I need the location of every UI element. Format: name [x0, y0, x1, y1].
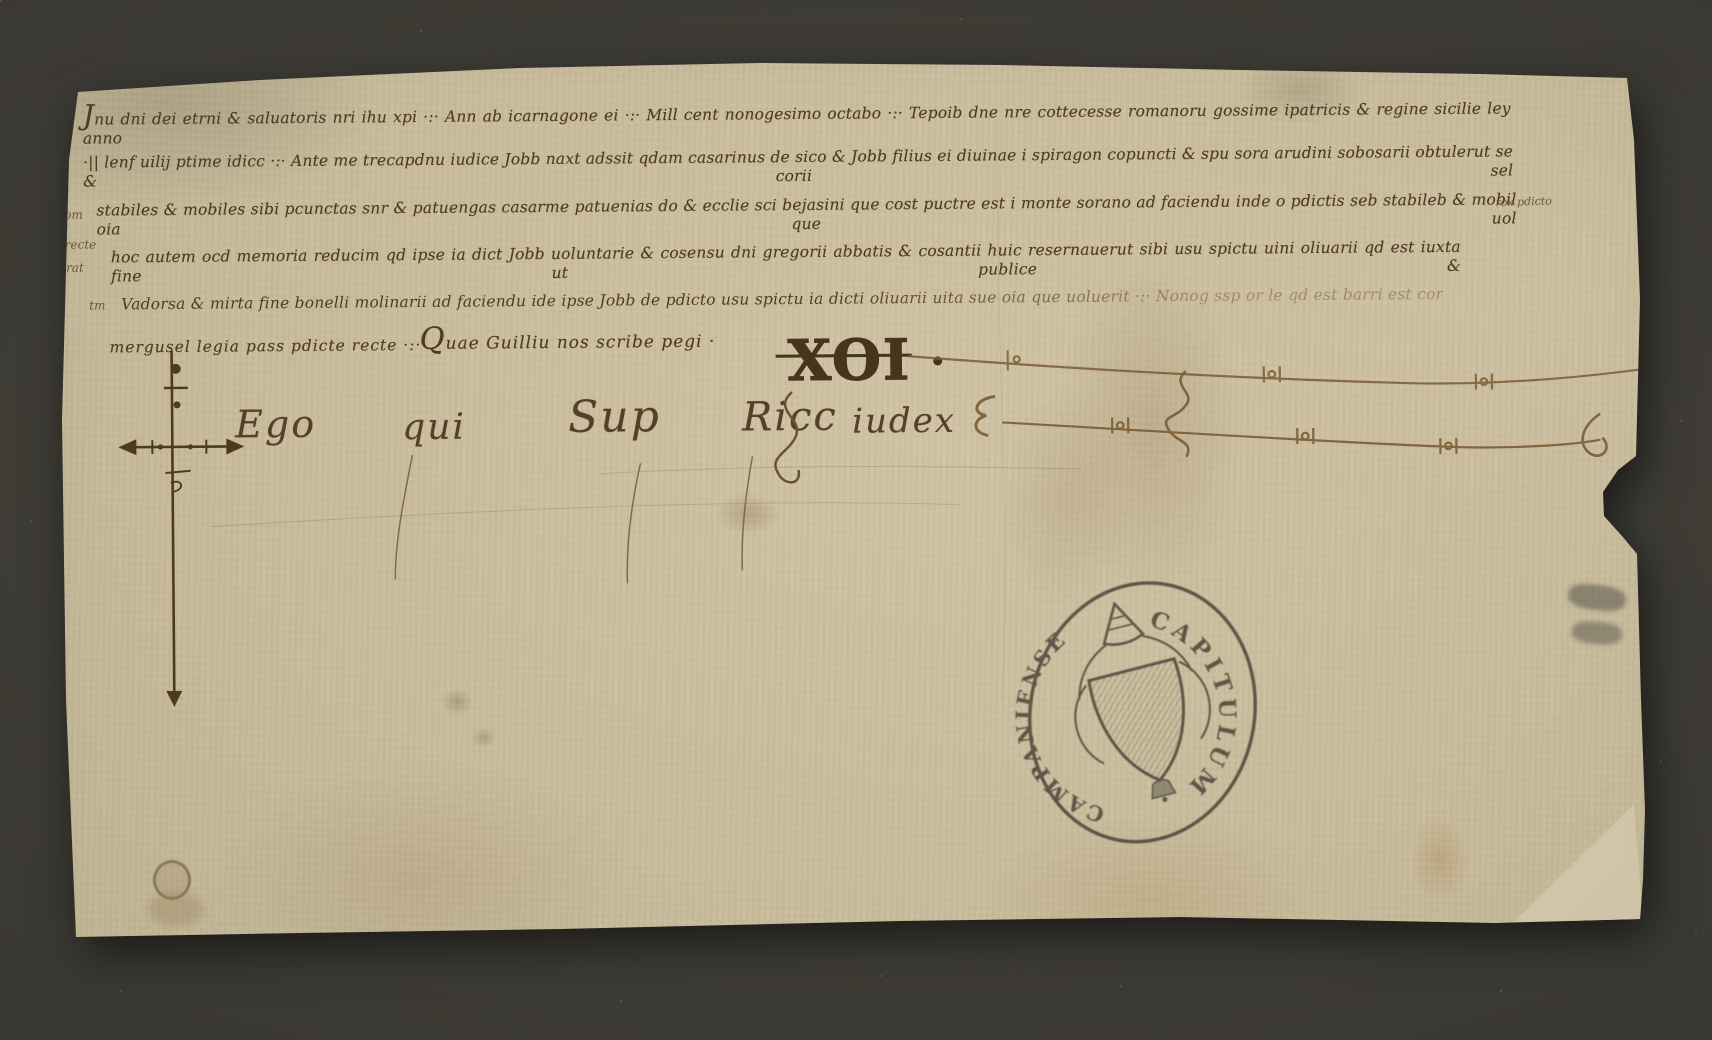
parchment-edge-shading	[0, 0, 1712, 1040]
parchment: Jnu dni dei etrni & saluatoris nri ihu x…	[0, 0, 1712, 1040]
photo-background: Jnu dni dei etrni & saluatoris nri ihu x…	[0, 0, 1712, 1040]
parchment-shadow-wrap: Jnu dni dei etrni & saluatoris nri ihu x…	[0, 0, 1712, 1040]
